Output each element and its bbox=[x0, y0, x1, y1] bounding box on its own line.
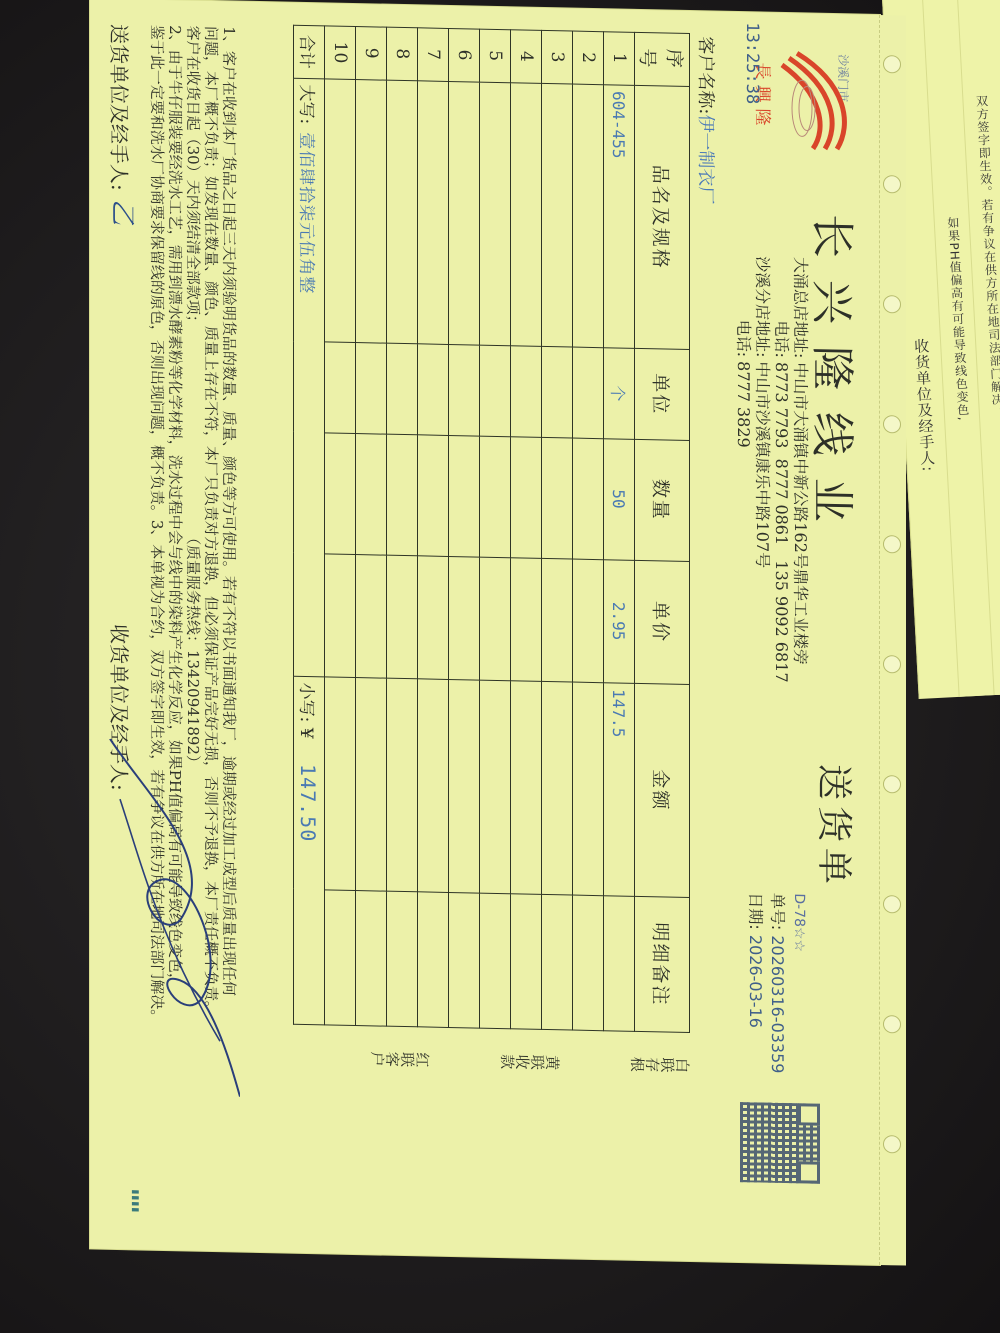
phone-row: 电话: 8777 3829 bbox=[734, 227, 753, 682]
lower-amount: 147.50 bbox=[297, 744, 321, 843]
column-header-qty: 数量 bbox=[635, 439, 690, 561]
company-name: 长兴隆线业 bbox=[804, 213, 868, 544]
cell-name bbox=[573, 84, 604, 348]
perforation-hole bbox=[883, 535, 901, 553]
print-time: 13:25:38 bbox=[742, 22, 762, 104]
cell-qty bbox=[511, 436, 542, 558]
logo-swoosh-icon bbox=[777, 43, 857, 155]
items-table: 序号 品名及规格 单位 数量 单价 金额 明细备注 1 604-455 个 50… bbox=[293, 25, 690, 1033]
table-row: 9 bbox=[356, 27, 387, 1027]
table-row: 10 bbox=[325, 26, 356, 1026]
cell-unit bbox=[480, 345, 511, 436]
cell-qty bbox=[356, 433, 387, 555]
total-lower-cell: 小写: ¥ 147.50 bbox=[294, 676, 325, 1025]
cell-qty bbox=[449, 435, 480, 557]
copy-white: 白联存根 bbox=[630, 1055, 690, 1073]
cell-note bbox=[573, 895, 604, 1031]
cell-qty bbox=[542, 437, 573, 559]
sender-signature-label: 送货单位及经手人: bbox=[106, 24, 135, 191]
cell-name bbox=[387, 80, 418, 344]
qr-code-icon bbox=[740, 1102, 820, 1184]
phone-value: 8777 3829 bbox=[734, 357, 753, 448]
cell-note bbox=[449, 892, 480, 1028]
total-row: 合计 大写:壹佰肆拾柒元伍角整 小写: ¥ 147.50 bbox=[294, 25, 325, 1025]
perforation-hole bbox=[883, 175, 901, 193]
phone-row: 电话: 8773 7793 8777 0861 135 9092 6817 bbox=[772, 228, 791, 683]
column-header-unit: 单位 bbox=[635, 349, 690, 440]
cell-seq: 3 bbox=[542, 30, 573, 83]
cell-note bbox=[356, 890, 387, 1026]
order-number-row: 单号: 20260316-03359 bbox=[766, 893, 788, 1074]
copy-red: 红联客户 bbox=[370, 1049, 430, 1067]
cell-price bbox=[418, 555, 449, 679]
column-header-name: 品名及规格 bbox=[635, 85, 690, 350]
total-upper-cell: 大写:壹佰肆拾柒元伍角整 bbox=[294, 78, 325, 677]
cell-name bbox=[511, 82, 542, 346]
cell-unit bbox=[573, 347, 604, 438]
total-label: 合计 bbox=[294, 25, 325, 78]
cell-qty: 50 bbox=[604, 438, 635, 560]
perforation-hole bbox=[883, 295, 901, 313]
cell-note bbox=[387, 891, 418, 1027]
table-row: 4 bbox=[511, 30, 542, 1030]
cell-amount: 147.5 bbox=[604, 682, 635, 896]
cell-qty bbox=[480, 436, 511, 558]
cell-price bbox=[325, 553, 356, 677]
address-row: 大涌总店地址: 中山市大涌镇中新公路162号鼎华工业楼旁 bbox=[791, 228, 810, 683]
date-label: 日期: bbox=[746, 892, 765, 930]
table-row: 6 bbox=[449, 28, 480, 1028]
cell-price bbox=[511, 557, 542, 681]
perforation-hole bbox=[883, 895, 901, 913]
table-row: 5 bbox=[480, 29, 511, 1029]
perforation-hole bbox=[883, 1015, 901, 1033]
cell-price bbox=[573, 559, 604, 683]
cell-note bbox=[480, 893, 511, 1029]
copy-designations: 白联存根 黄联收款 红联客户 bbox=[270, 1037, 690, 1116]
cell-note bbox=[325, 890, 356, 1026]
cell-seq: 8 bbox=[387, 27, 418, 80]
sender-signature: 乙 bbox=[106, 199, 143, 226]
order-number-label: 单号: bbox=[768, 893, 787, 931]
cell-unit bbox=[387, 343, 418, 434]
copy-yellow: 黄联收款 bbox=[500, 1052, 560, 1070]
company-addresses: 大涌总店地址: 中山市大涌镇中新公路162号鼎华工业楼旁 电话: 8773 77… bbox=[734, 227, 810, 683]
cell-qty bbox=[418, 434, 449, 556]
order-number: 20260316-03359 bbox=[768, 935, 787, 1074]
address-value: 中山市大涌镇中新公路162号鼎华工业楼旁 bbox=[791, 358, 810, 665]
cell-price bbox=[542, 558, 573, 682]
perforation-hole bbox=[883, 415, 901, 433]
cell-unit bbox=[449, 345, 480, 436]
cell-amount bbox=[573, 682, 604, 896]
document-date: 2026-03-16 bbox=[746, 935, 765, 1028]
date-row: 日期: 2026-03-16 bbox=[744, 892, 766, 1073]
upper-amount: 壹佰肆拾柒元伍角整 bbox=[297, 124, 317, 294]
company-logo: 沙溪门市 長興隆 bbox=[752, 32, 862, 154]
address-row: 沙溪分店地址: 中山市沙溪镇康乐中路107号 bbox=[753, 227, 772, 682]
table-row: 7 bbox=[418, 28, 449, 1028]
column-header-amount: 金额 bbox=[635, 683, 690, 897]
delivery-note-photo: 沙溪门市 長興隆 13:25:38 长兴隆线业 送货单 大涌总店地址: 中山市大… bbox=[0, 0, 1000, 1333]
address-label: 大涌总店地址: bbox=[791, 228, 810, 358]
cell-name bbox=[356, 79, 387, 343]
cell-amount bbox=[325, 677, 356, 891]
cell-name bbox=[325, 78, 356, 342]
cell-note bbox=[604, 896, 635, 1032]
cell-price bbox=[356, 554, 387, 678]
cell-seq: 4 bbox=[511, 30, 542, 83]
address-label: 沙溪分店地址: bbox=[753, 227, 772, 357]
cell-note bbox=[418, 892, 449, 1028]
cell-amount bbox=[480, 680, 511, 894]
customer-field: 客户名称:伊一制衣厂 bbox=[694, 36, 720, 205]
cell-name bbox=[480, 82, 511, 346]
cell-amount bbox=[387, 678, 418, 892]
perforated-strip bbox=[879, 15, 906, 1266]
cell-unit: 个 bbox=[604, 348, 635, 439]
cell-unit bbox=[325, 342, 356, 433]
cell-price bbox=[387, 555, 418, 679]
cell-seq: 6 bbox=[449, 28, 480, 81]
phone-label: 电话: bbox=[772, 228, 791, 358]
upper-label: 大写: bbox=[297, 84, 317, 124]
address-value: 中山市沙溪镇康乐中路107号 bbox=[753, 357, 772, 568]
column-header-price: 单价 bbox=[635, 560, 690, 684]
cell-seq: 10 bbox=[325, 26, 356, 79]
cell-seq: 5 bbox=[480, 29, 511, 82]
cell-unit bbox=[418, 344, 449, 435]
cell-unit bbox=[356, 343, 387, 434]
cell-seq: 7 bbox=[418, 28, 449, 81]
lower-label: 小写: ¥ bbox=[297, 682, 317, 738]
delivery-note: 沙溪门市 長興隆 13:25:38 长兴隆线业 送货单 大涌总店地址: 中山市大… bbox=[90, 0, 880, 1265]
form-code: D-78☆☆ bbox=[788, 893, 810, 1074]
cell-seq: 9 bbox=[356, 27, 387, 80]
cell-unit bbox=[511, 346, 542, 437]
cell-amount bbox=[511, 680, 542, 894]
cell-amount bbox=[356, 677, 387, 891]
column-header-note: 明细备注 bbox=[635, 896, 690, 1032]
table-row: 1 604-455 个 50 2.95 147.5 bbox=[604, 32, 635, 1032]
column-header-seq: 序号 bbox=[635, 32, 690, 86]
table-row: 3 bbox=[542, 30, 573, 1030]
table-row: 2 bbox=[573, 31, 604, 1031]
cell-qty bbox=[325, 432, 356, 554]
phone-value: 8773 7793 8777 0861 135 9092 6817 bbox=[772, 358, 791, 683]
table-header-row: 序号 品名及规格 单位 数量 单价 金额 明细备注 bbox=[635, 32, 690, 1032]
cell-qty bbox=[573, 438, 604, 560]
printer-mark: ▮▮▮▮ bbox=[130, 1189, 140, 1213]
cell-seq: 2 bbox=[573, 31, 604, 84]
cell-price: 2.95 bbox=[604, 559, 635, 683]
cell-name: 604-455 bbox=[604, 84, 635, 348]
cell-name bbox=[418, 80, 449, 344]
cell-name bbox=[542, 83, 573, 347]
perforation-hole bbox=[883, 775, 901, 793]
perforation-hole bbox=[883, 1135, 901, 1153]
cell-price bbox=[449, 556, 480, 680]
cell-name bbox=[449, 81, 480, 345]
cell-amount bbox=[542, 681, 573, 895]
phone-label: 电话: bbox=[734, 227, 753, 357]
perforation-hole bbox=[883, 655, 901, 673]
perforation-hole bbox=[883, 55, 901, 73]
cell-unit bbox=[542, 347, 573, 438]
table-row: 8 bbox=[387, 27, 418, 1027]
cell-amount bbox=[449, 679, 480, 893]
document-meta: D-78☆☆ 单号: 20260316-03359 日期: 2026-03-16 bbox=[744, 892, 810, 1074]
cell-note bbox=[511, 894, 542, 1030]
customer-label: 客户名称: bbox=[695, 36, 716, 115]
document-title: 送货单 bbox=[811, 764, 862, 891]
customer-name: 伊一制衣厂 bbox=[695, 114, 716, 204]
cell-qty bbox=[387, 434, 418, 556]
cell-note bbox=[542, 894, 573, 1030]
cell-amount bbox=[418, 678, 449, 892]
cell-seq: 1 bbox=[604, 32, 635, 85]
receiver-signature-scribble bbox=[100, 739, 240, 1102]
cell-price bbox=[480, 557, 511, 681]
